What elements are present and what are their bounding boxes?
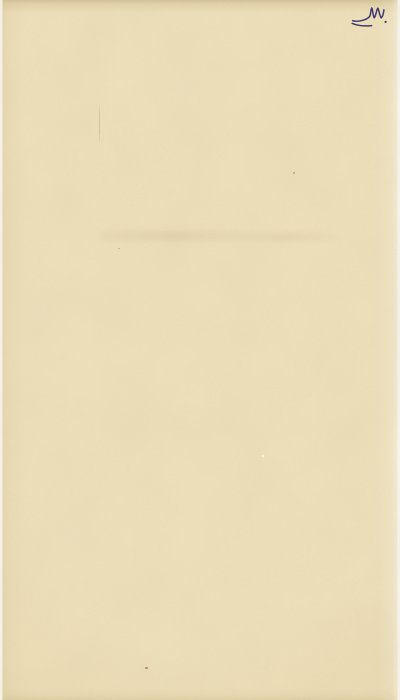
faint-smudge-band (100, 226, 340, 246)
paper-fiber-line (99, 102, 100, 146)
ink-underline (352, 23, 371, 26)
light-speck (262, 455, 264, 457)
handwritten-mark (350, 3, 390, 30)
ink-letterform (353, 8, 384, 21)
paper-surface (0, 0, 400, 700)
brown-speck (293, 172, 295, 174)
red-speck (145, 667, 148, 669)
scanned-page (0, 0, 400, 700)
ink-period (385, 21, 387, 23)
brown-speck (118, 248, 120, 249)
